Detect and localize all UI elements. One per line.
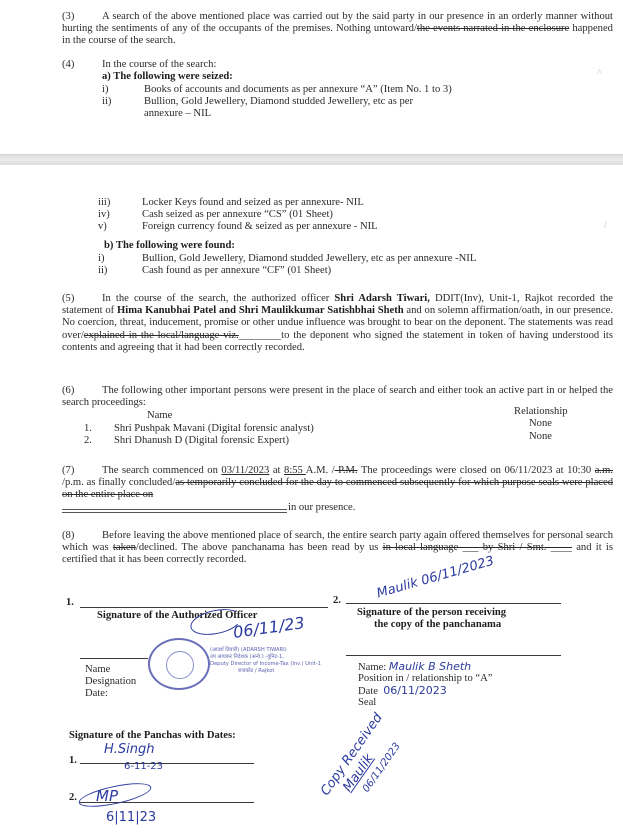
list-item: i)Bullion, Gold Jewellery, Diamond studd… (98, 253, 476, 265)
recipient-date-handwritten: 06/11/2023 (383, 684, 446, 697)
scan-mark: / (604, 220, 607, 232)
list-item: v)Foreign currency found & seized as per… (98, 221, 378, 233)
found-heading: b) The following were found: (104, 240, 235, 251)
person-row: 1.Shri Pushpak Mavani (Digital forensic … (84, 423, 314, 435)
paragraph-7: (7)The search commenced on 03/11/2023 at… (62, 465, 613, 502)
recipient-signature-label: Signature of the person receiving (357, 607, 506, 618)
search-intro: In the course of the search: (102, 59, 216, 70)
pancha-2-date: 6|11|23 (106, 812, 156, 824)
officer-field-date: Date: (85, 688, 108, 700)
pancha-1-date: 6-11-23 (124, 761, 163, 773)
blank-line (62, 512, 287, 513)
page-separator (0, 154, 623, 165)
list-item: iv)Cash seized as per annexure “CS” (01 … (98, 209, 333, 221)
blank-line (62, 509, 287, 510)
pancha-1-signature: H.Singh (104, 744, 155, 756)
paragraph-3: (3)A search of the above mentioned place… (62, 11, 613, 48)
signature-line-recipient (346, 603, 561, 604)
start-date: 03/11/2023 (221, 465, 269, 476)
paragraph-number: (3) (62, 11, 102, 23)
officer-handwritten-date: 06/11/23 (233, 617, 306, 639)
signature-line-officer (80, 607, 328, 608)
officer-stamp: (आदर्श तिवारी) (ADARSH TIWARI) उप आयकर न… (210, 647, 321, 675)
pancha-2-signature-loop (77, 779, 153, 812)
officer-name: Shri Adarsh Tiwari, (334, 293, 429, 304)
official-seal-icon (148, 638, 210, 690)
column-header-name: Name (147, 410, 172, 422)
seized-heading: a) The following were seized: (102, 71, 233, 82)
paragraph-5: (5)In the course of the search, the auth… (62, 293, 613, 354)
start-time: 8:55 (284, 465, 306, 476)
deponent-names: Hima Kanubhai Patel and Shri Maulikkumar… (117, 305, 404, 316)
list-item: ii)Cash found as per annexure “CF” (01 S… (98, 265, 331, 277)
list-item: iii)Locker Keys found and seized as per … (98, 197, 364, 209)
list-item: i)Books of accounts and documents as per… (102, 84, 452, 96)
paragraph-8: (8)Before leaving the above mentioned pl… (62, 530, 613, 567)
pancha-1-signature-line (80, 763, 254, 764)
list-item: ii)Bullion, Gold Jewellery, Diamond stud… (102, 96, 413, 108)
officer-field-designation: Designation (85, 676, 136, 688)
scan-mark: ^ (597, 68, 602, 80)
recipient-name-handwritten: Maulik B Sheth (389, 660, 471, 673)
person-row: 2.Shri Dhanush D (Digital forensic Exper… (84, 435, 289, 447)
officer-field-name: Name (85, 664, 110, 676)
column-header-relationship: Relationship (514, 406, 568, 418)
panchas-heading: Signature of the Panchas with Dates: (69, 730, 236, 741)
copy-received-note: Copy Received Maulik 06/11/2023 (318, 711, 413, 818)
